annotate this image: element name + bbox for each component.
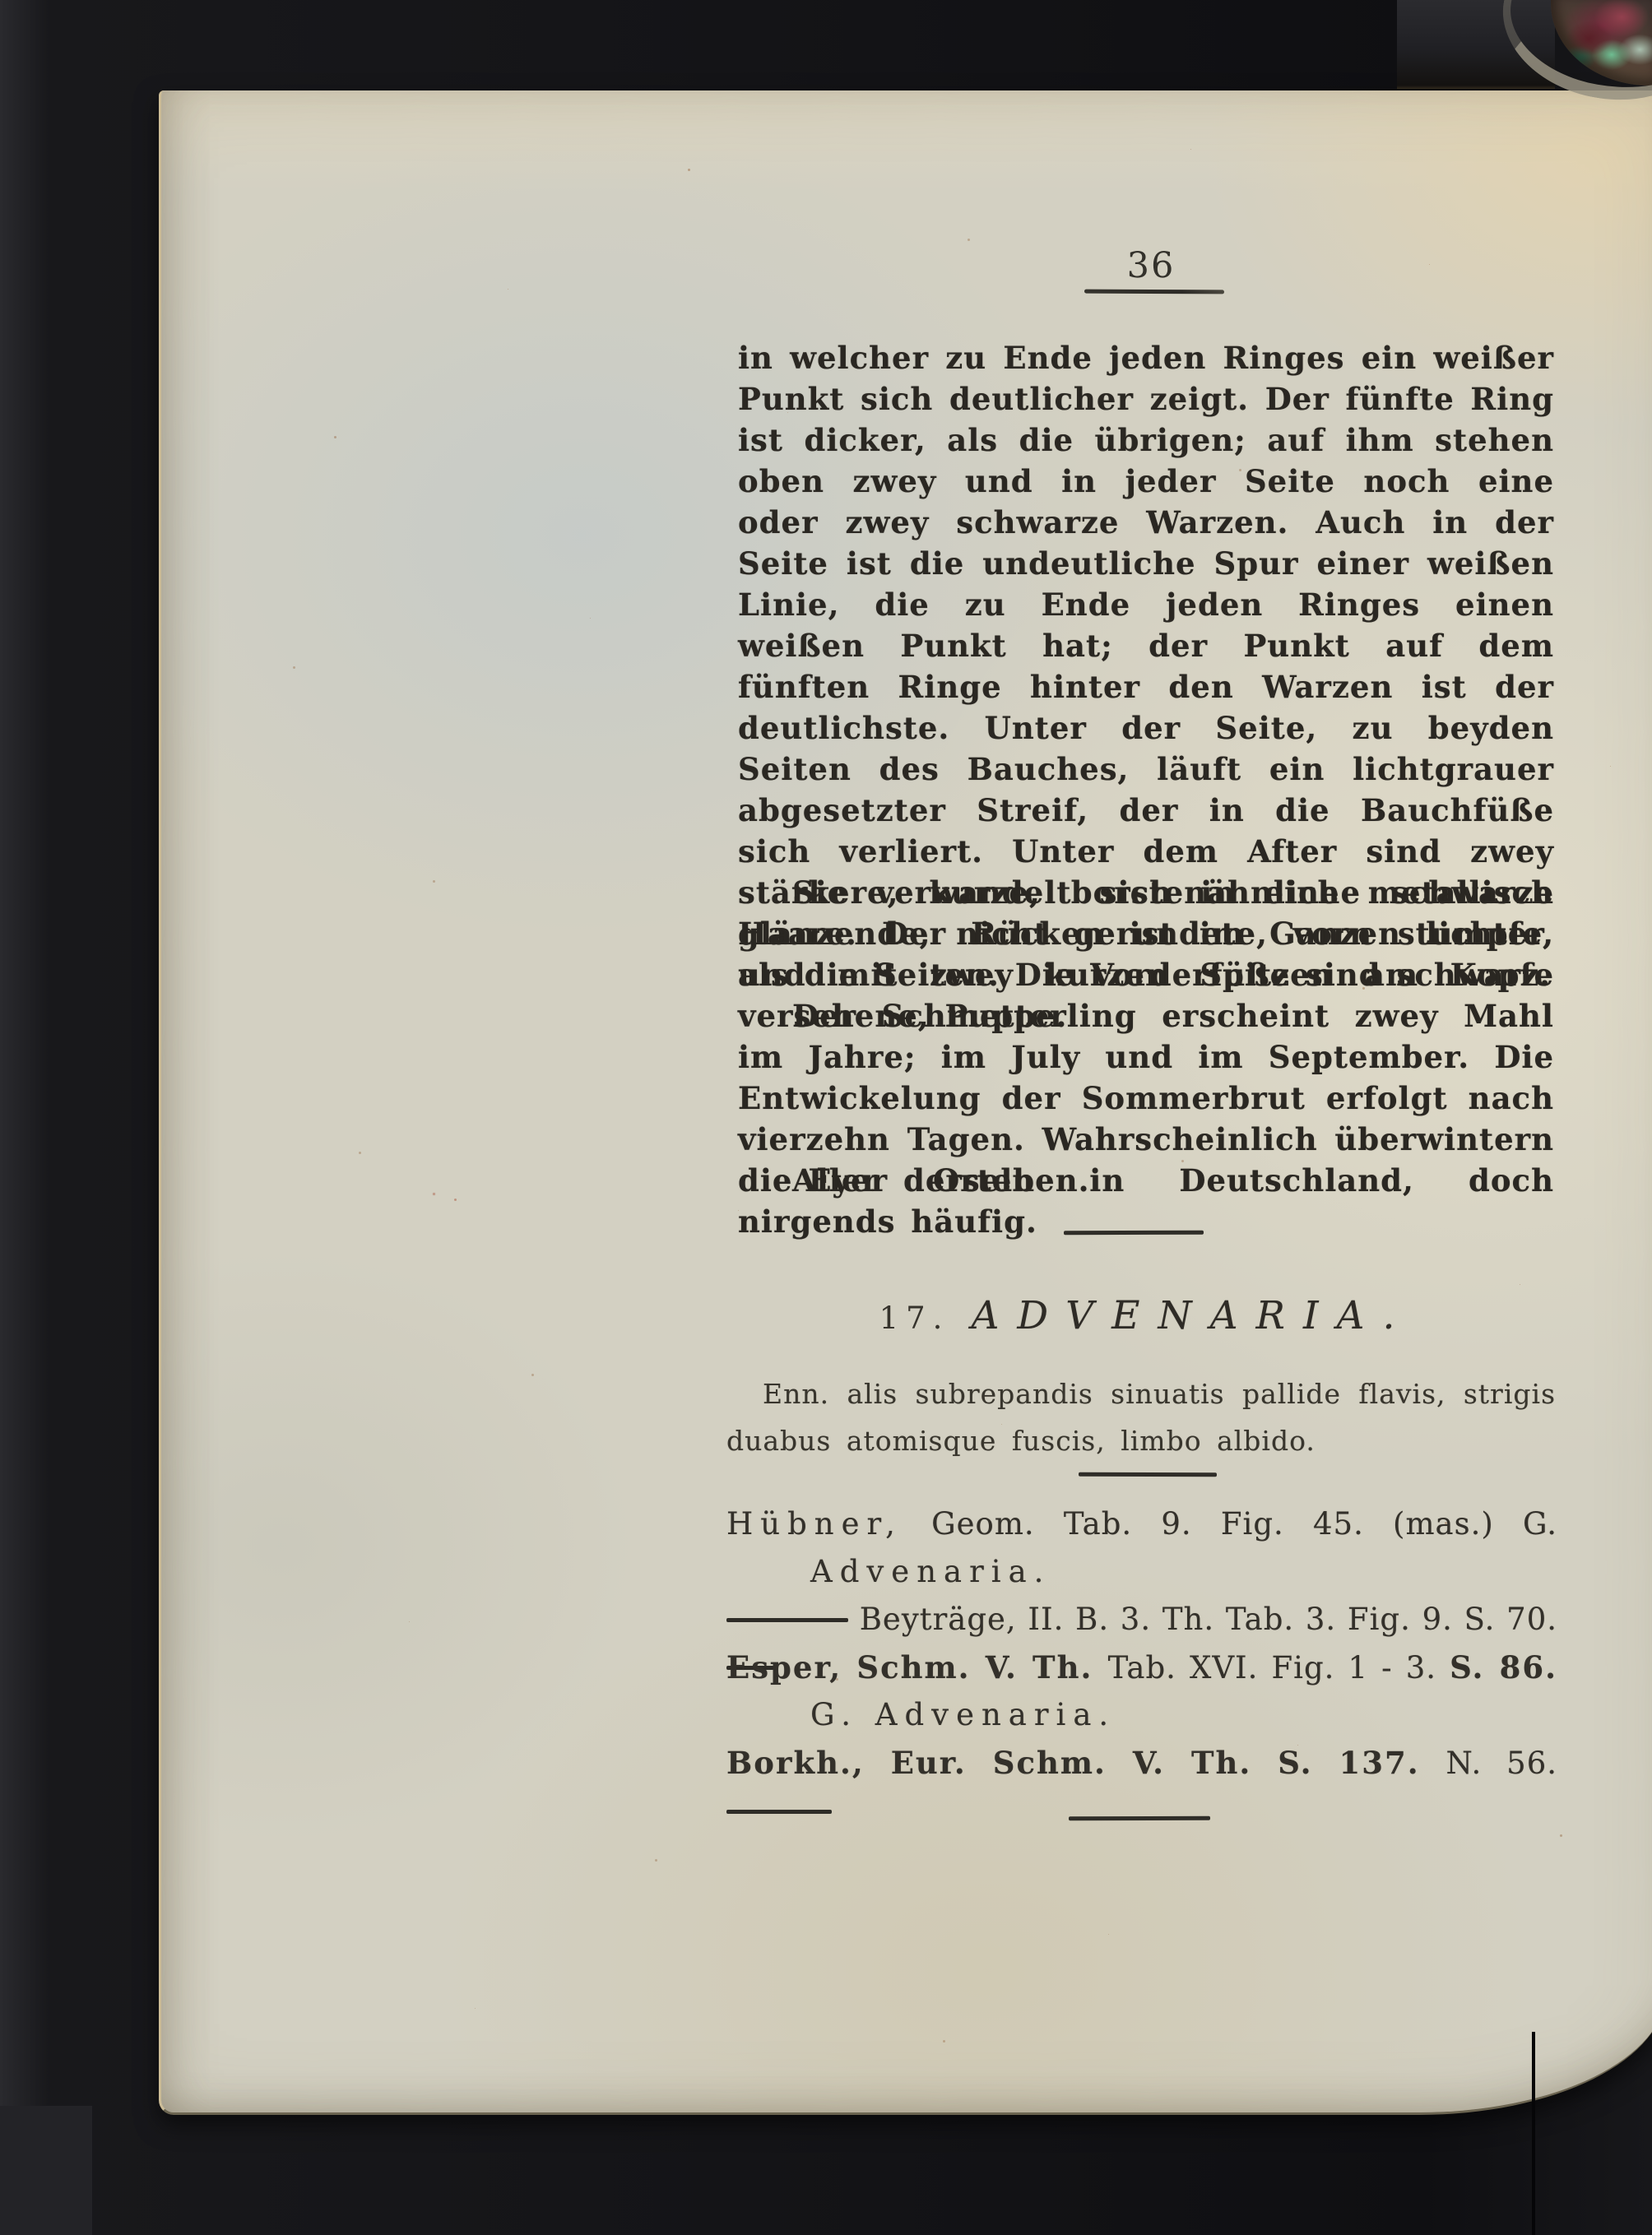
- reference-run: Borkh.,: [726, 1745, 865, 1781]
- reference-line: Esper, Schm. V. Th. Tab. XVI. Fig. 1 - 3…: [726, 1644, 1557, 1691]
- reference-run: Beyträge, II. B. 3. Th. Tab. 3. Fig. 9. …: [848, 1602, 1557, 1637]
- reference-line: Beyträge, II. B. 3. Th. Tab. 3. Fig. 9. …: [726, 1596, 1557, 1644]
- paper-foxing-specks: [161, 90, 164, 93]
- scanned-page: 36 in welcher zu Ende jeden Ringes ein w…: [159, 90, 1652, 2115]
- species-heading: 17.ADVENARIA.: [738, 1293, 1554, 1338]
- reference-line: Advenaria.: [726, 1548, 1557, 1596]
- reference-run: Tab. XVI. Fig. 1 - 3.: [1108, 1650, 1450, 1686]
- reference-run: S. 86.: [1450, 1649, 1557, 1686]
- reference-run: Advenaria.: [810, 1554, 1051, 1589]
- reference-run: Hübner,: [726, 1506, 903, 1542]
- reference-line: Hübner, Geom. Tab. 9. Fig. 45. (mas.) G.: [726, 1500, 1557, 1548]
- reference-dash: [726, 1618, 848, 1622]
- end-divider-rule: [1069, 1816, 1210, 1821]
- species-number: 17.: [879, 1301, 950, 1336]
- reference-run: G. Advenaria.: [810, 1697, 1116, 1732]
- latin-diagnosis: Enn. alis subrepandis sinuatis pallide f…: [726, 1370, 1556, 1464]
- references-list: Hübner, Geom. Tab. 9. Fig. 45. (mas.) G.…: [726, 1500, 1557, 1787]
- page-number: 36: [1085, 247, 1217, 285]
- body-text: in welcher zu Ende jeden Ringes ein weiß…: [738, 337, 1554, 1300]
- reference-dash: [726, 1810, 832, 1814]
- book-photo: 36 in welcher zu Ende jeden Ringes ein w…: [0, 0, 1652, 2235]
- page-number-rule: [1084, 290, 1224, 294]
- diagnosis-divider-rule: [1079, 1472, 1217, 1477]
- table-seam-shadow: [1532, 2032, 1535, 2235]
- reference-line: G. Advenaria.: [726, 1691, 1557, 1739]
- section-divider-rule: [1064, 1231, 1204, 1236]
- reference-run: N. 56.: [1446, 1746, 1557, 1781]
- species-name: ADVENARIA.: [971, 1293, 1413, 1338]
- reference-line: Borkh., Eur. Schm. V. Th. S. 137. N. 56.: [726, 1739, 1557, 1787]
- reference-run: Esper,: [726, 1649, 842, 1686]
- background-floor-edge: [0, 2106, 92, 2235]
- reference-run: Eur. Schm. V. Th. S. 137.: [865, 1745, 1446, 1781]
- reference-run: Geom. Tab. 9. Fig. 45. (mas.) G.: [903, 1506, 1557, 1542]
- reference-run: Schm. V. Th.: [842, 1649, 1107, 1686]
